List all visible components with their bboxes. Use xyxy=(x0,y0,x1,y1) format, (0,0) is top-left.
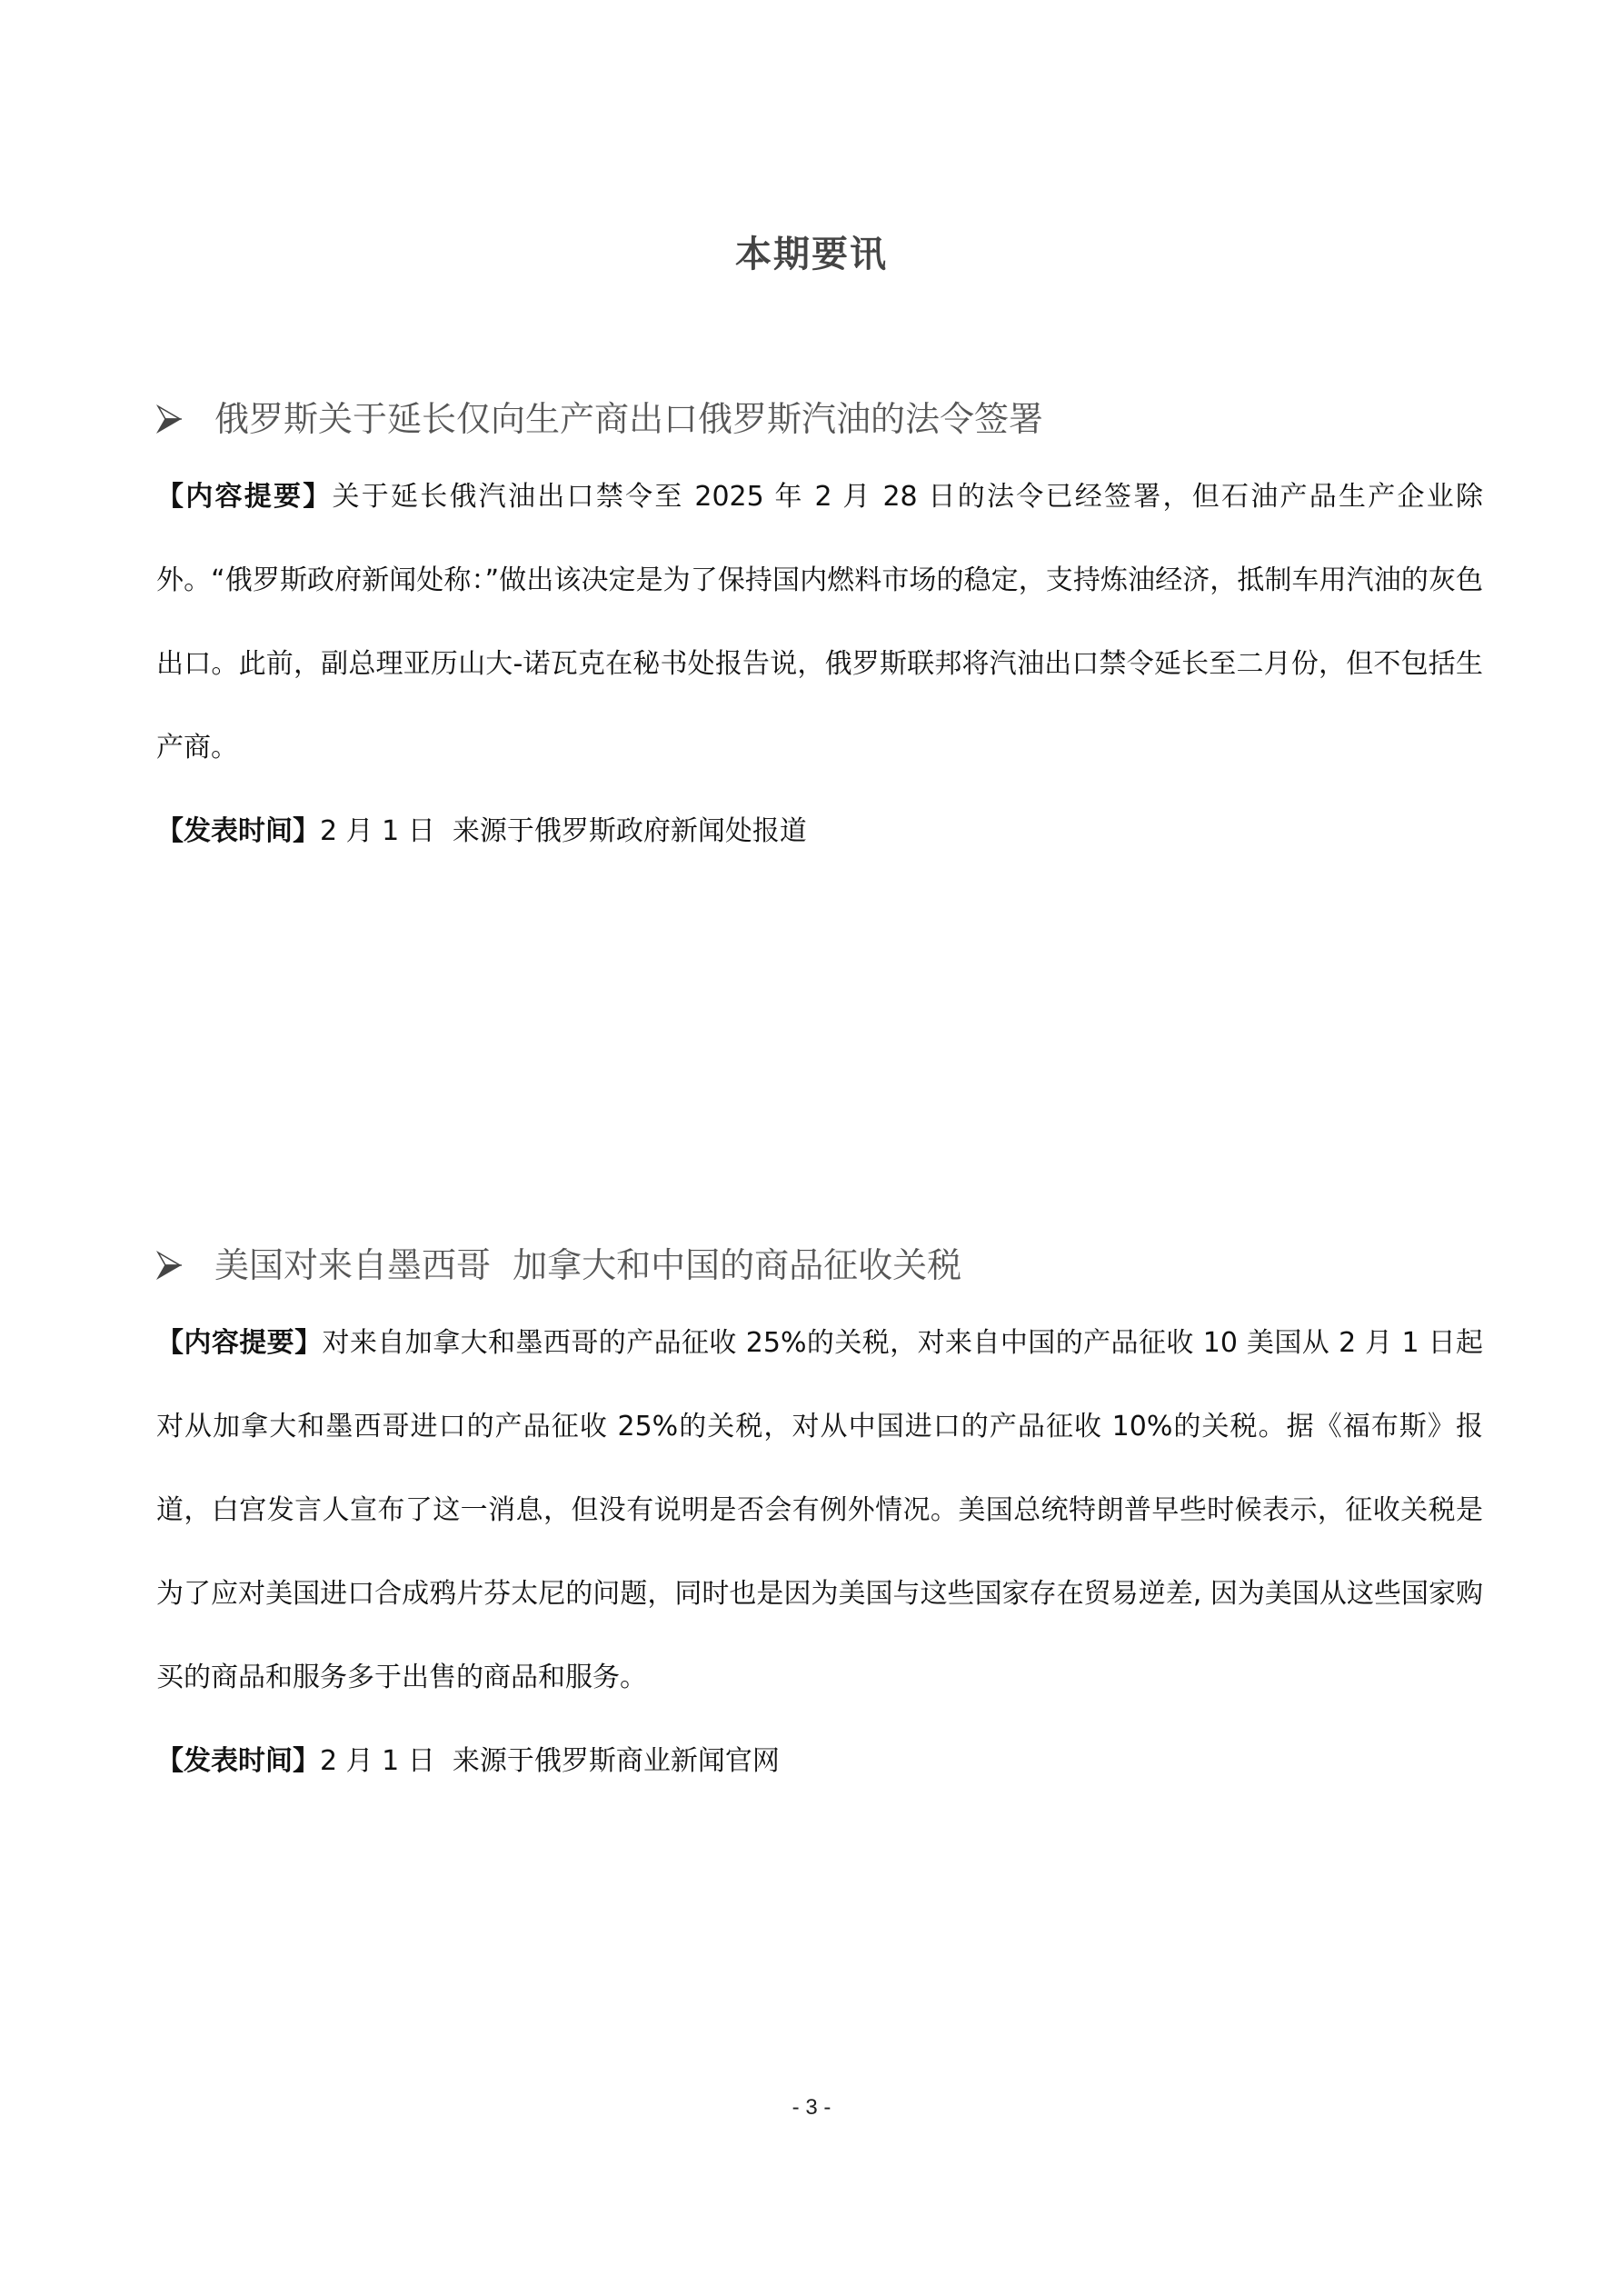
summary-text: 对来自加拿大和墨西哥的产品征收 25%的关税，对来自中国的产品征收 10 美国从… xyxy=(156,1327,1483,1693)
article-headline: 美国对来自墨西哥 加拿大和中国的商品征收关税 xyxy=(156,1240,1483,1291)
summary-label: 【内容提要】 xyxy=(156,481,333,513)
summary-label: 【内容提要】 xyxy=(156,1327,323,1359)
article-summary: 【内容提要】关于延长俄汽油出口禁令至 2025 年 2 月 28 日的法令已经签… xyxy=(156,455,1483,790)
article-date-source: 【发表时间】2 月 1 日 来源于俄罗斯政府新闻处报道 xyxy=(156,790,1483,873)
page-title: 本期要讯 xyxy=(0,225,1623,277)
date-label: 【发表时间】 xyxy=(156,1745,320,1777)
article-headline-text: 美国对来自墨西哥 加拿大和中国的商品征收关税 xyxy=(214,1240,961,1291)
arrow-bullet-icon xyxy=(156,404,182,434)
summary-text: 关于延长俄汽油出口禁令至 2025 年 2 月 28 日的法令已经签署，但石油产… xyxy=(156,481,1483,764)
arrow-bullet-icon xyxy=(156,1251,182,1280)
article-summary: 【内容提要】对来自加拿大和墨西哥的产品征收 25%的关税，对来自中国的产品征收 … xyxy=(156,1302,1483,1720)
article-date-source: 【发表时间】2 月 1 日 来源于俄罗斯商业新闻官网 xyxy=(156,1720,1483,1803)
date-source-text: 2 月 1 日 来源于俄罗斯商业新闻官网 xyxy=(320,1745,780,1777)
article-headline: 俄罗斯关于延长仅向生产商出口俄罗斯汽油的法令签署 xyxy=(156,394,1483,444)
date-source-text: 2 月 1 日 来源于俄罗斯政府新闻处报道 xyxy=(320,815,807,847)
page-number: - 3 - xyxy=(0,2095,1623,2121)
date-label: 【发表时间】 xyxy=(156,815,320,847)
article-1: 俄罗斯关于延长仅向生产商出口俄罗斯汽油的法令签署 【内容提要】关于延长俄汽油出口… xyxy=(156,394,1483,873)
article-headline-text: 俄罗斯关于延长仅向生产商出口俄罗斯汽油的法令签署 xyxy=(214,394,1043,444)
article-2: 美国对来自墨西哥 加拿大和中国的商品征收关税 【内容提要】对来自加拿大和墨西哥的… xyxy=(156,1240,1483,1803)
